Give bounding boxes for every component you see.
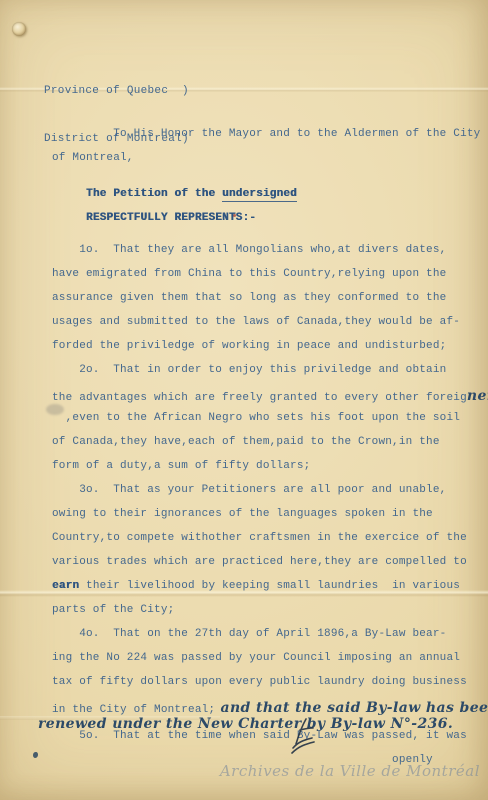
typed-text: 1o. That they are all Mongolians who,at … xyxy=(52,244,446,256)
jurisdiction-line-province: Province of Quebec ) xyxy=(44,83,189,99)
typed-text: have emigrated from China to this Countr… xyxy=(52,268,446,280)
typed-text: various trades which are practiced here,… xyxy=(52,556,467,568)
document-line: the advantages which are freely granted … xyxy=(52,388,476,412)
document-line: ,even to the African Negro who sets his … xyxy=(52,412,476,436)
typed-text: parts of the City; xyxy=(52,604,174,616)
typed-text: 4o. That on the 27th day of April 1896,a… xyxy=(52,628,446,640)
document-line: 1o. That they are all Mongolians who,at … xyxy=(52,244,476,268)
watermark: Archives de la Ville de Montréal xyxy=(220,762,480,780)
document-line: assurance given them that so long as the… xyxy=(52,292,476,316)
typed-text: 5o. That at the time when said By-Law wa… xyxy=(52,730,467,742)
typed-text: in the City of Montreal; xyxy=(52,704,215,716)
typed-text: earn xyxy=(52,580,79,592)
document-line: of Canada,they have,each of them,paid to… xyxy=(52,436,476,460)
typed-text: 2o. That in order to enjoy this priviled… xyxy=(52,364,446,376)
typed-text: of Canada,they have,each of them,paid to… xyxy=(52,436,440,448)
document-line: forded the priviledge of working in peac… xyxy=(52,340,476,364)
typed-text: their livelihood by keeping small laundr… xyxy=(79,580,460,592)
typed-text: tax of fifty dollars upon every public l… xyxy=(52,676,467,688)
typed-text: the advantages which are freely granted … xyxy=(52,392,467,404)
document-line: owing to their ignorances of the languag… xyxy=(52,508,476,532)
document-line: of Montreal, xyxy=(52,152,476,176)
typed-text: ing the No 224 was passed by your Counci… xyxy=(52,652,460,664)
document-line: parts of the City; xyxy=(52,604,476,628)
document-line: ing the No 224 was passed by your Counci… xyxy=(52,652,476,676)
typed-text xyxy=(52,188,86,200)
typed-text: form of a duty,a sum of fifty dollars; xyxy=(52,460,310,472)
document-line: have emigrated from China to this Countr… xyxy=(52,268,476,292)
staple-hole xyxy=(12,22,26,36)
typed-text: assurance given them that so long as the… xyxy=(52,292,446,304)
typed-text: undersigned xyxy=(222,188,297,202)
typed-text: of Montreal, xyxy=(52,152,134,164)
typed-text: 3o. That as your Petitioners are all poo… xyxy=(52,484,446,496)
document-line: RESPECTFULLY REPRESENTS:- xyxy=(52,212,476,236)
document-line: Country,to compete withother craftsmen i… xyxy=(52,532,476,556)
typed-text: ,even to the African Negro who sets his … xyxy=(52,412,460,424)
document-line: 3o. That as your Petitioners are all poo… xyxy=(52,484,476,508)
typed-text xyxy=(52,212,86,224)
document-line: earn their livelihood by keeping small l… xyxy=(52,580,476,604)
typed-text: forded the priviledge of working in peac… xyxy=(52,340,446,352)
document-line: The Petition of the undersigned xyxy=(52,188,476,212)
document-line: tax of fifty dollars upon every public l… xyxy=(52,676,476,700)
document-line: various trades which are practiced here,… xyxy=(52,556,476,580)
typed-text: owing to their ignorances of the languag… xyxy=(52,508,433,520)
document-page: Province of Quebec ) District of Montrea… xyxy=(0,0,488,800)
ink-spot xyxy=(33,752,38,758)
typed-text: usages and submitted to the laws of Cana… xyxy=(52,316,460,328)
handwritten-text: ner xyxy=(467,388,488,404)
document-line: renewed under the New Charter by By-law … xyxy=(38,716,476,730)
typed-text: Country,to compete withother craftsmen i… xyxy=(52,532,467,544)
typed-text: RESPECTFULLY REPRESENTS:- xyxy=(86,212,256,224)
document-line: usages and submitted to the laws of Cana… xyxy=(52,316,476,340)
document-line: 5o. That at the time when said By-Law wa… xyxy=(52,730,476,754)
typed-text: To His Honor the Mayor and to the Alderm… xyxy=(52,128,480,140)
document-line: 2o. That in order to enjoy this priviled… xyxy=(52,364,476,388)
document-line: To His Honor the Mayor and to the Alderm… xyxy=(52,128,476,152)
document-line: 4o. That on the 27th day of April 1896,a… xyxy=(52,628,476,652)
handwritten-text: and that the said By-law has been xyxy=(215,700,488,716)
document-body: To His Honor the Mayor and to the Alderm… xyxy=(52,128,476,778)
document-line: form of a duty,a sum of fifty dollars; xyxy=(52,460,476,484)
typed-text: The Petition of the xyxy=(86,188,222,200)
